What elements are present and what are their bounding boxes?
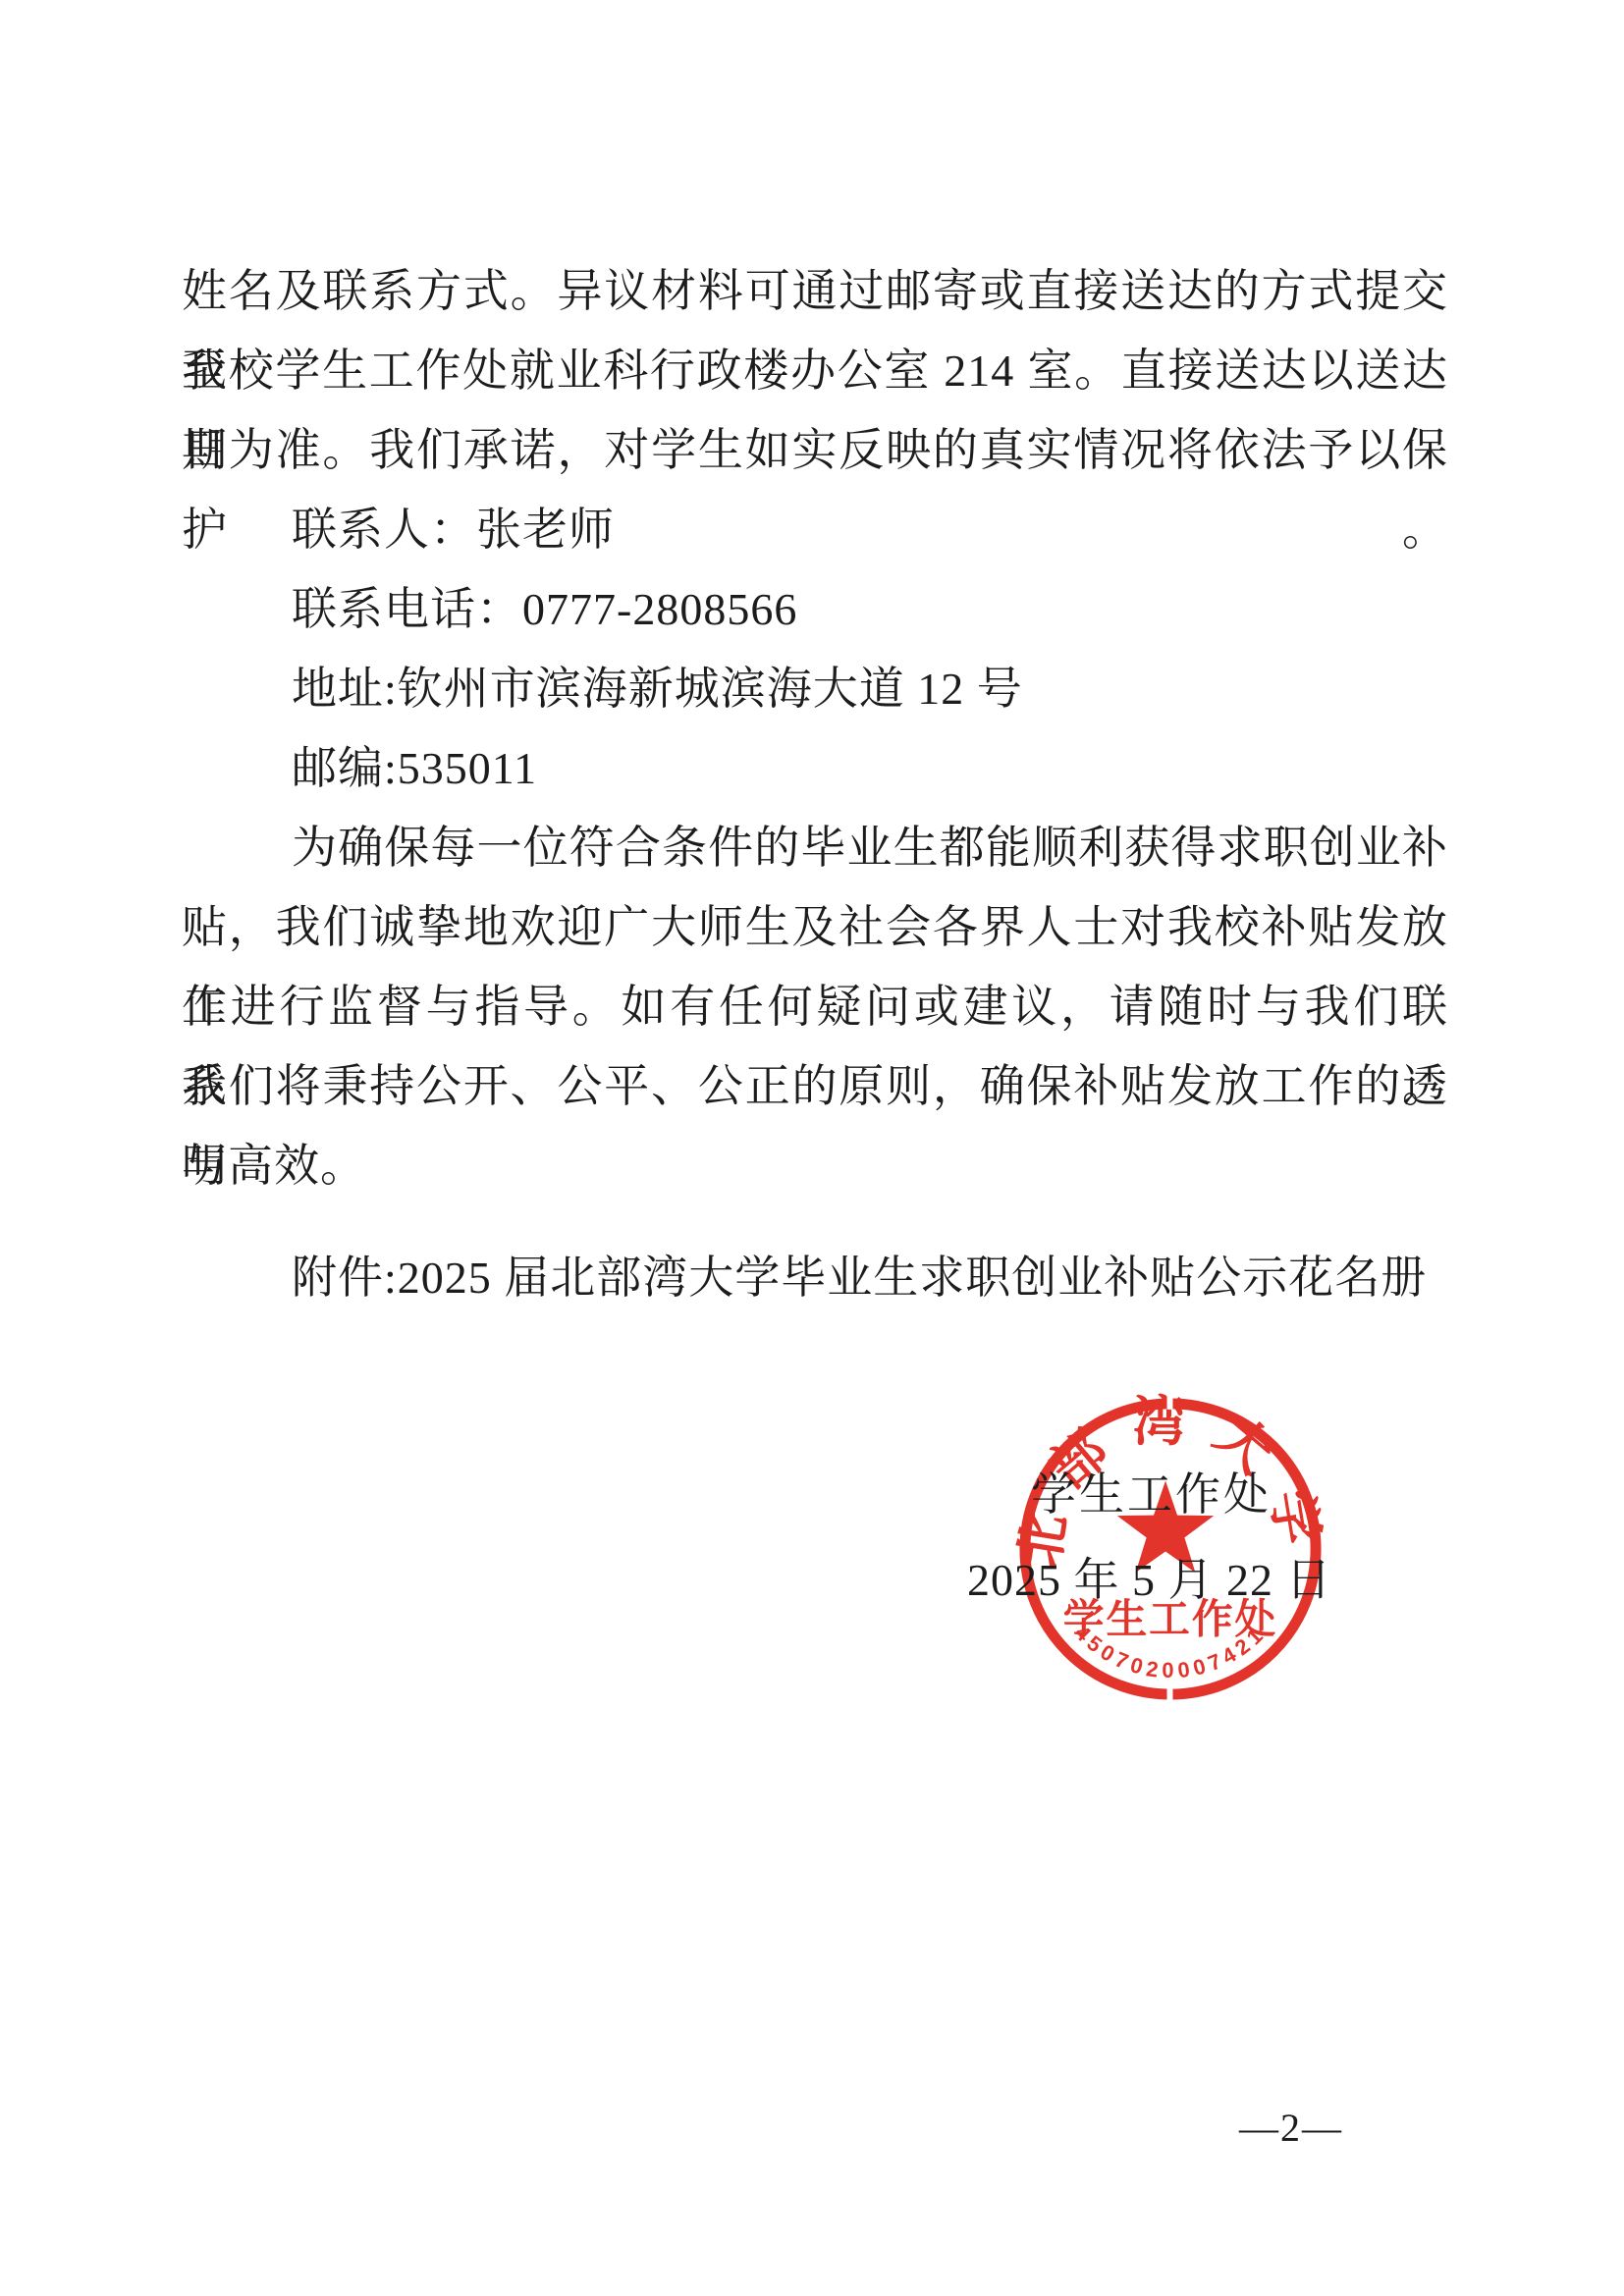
attachment-line: 附件:2025 届北部湾大学毕业生求职创业补贴公示花名册 <box>292 1249 1427 1308</box>
document-line: 贴，我们诚挚地欢迎广大师生及社会各界人士对我校补贴发放工 <box>182 887 1448 967</box>
document-line: 为确保每一位符合条件的毕业生都能顺利获得求职创业补 <box>182 808 1448 887</box>
document-line: 期为准。我们承诺，对学生如实反映的真实情况将依法予以保护。 <box>182 410 1448 490</box>
document-line: 我们将秉持公开、公平、公正的原则，确保补贴发放工作的透明 <box>182 1046 1448 1126</box>
document-line: 作进行监督与指导。如有任何疑问或建议，请随时与我们联系。 <box>182 967 1448 1046</box>
document-line: 联系电话：0777-2808566 <box>182 569 1448 649</box>
page-number: —2— <box>1239 2107 1343 2150</box>
document-line: 地址:钦州市滨海新城滨海大道 12 号 <box>182 649 1448 728</box>
document-page: 姓名及联系方式。异议材料可通过邮寄或直接送达的方式提交至我校学生工作处就业科行政… <box>0 0 1624 2296</box>
document-line: 邮编:535011 <box>182 728 1448 808</box>
official-seal: 北部湾大学 学生工作处 4507020007421 <box>1014 1393 1326 1705</box>
document-line: 姓名及联系方式。异议材料可通过邮寄或直接送达的方式提交至 <box>182 251 1448 331</box>
document-line: 我校学生工作处就业科行政楼办公室 214 室。直接送达以送达日 <box>182 331 1448 410</box>
body-text: 姓名及联系方式。异议材料可通过邮寄或直接送达的方式提交至我校学生工作处就业科行政… <box>182 251 1448 1205</box>
signature-department: 学生工作处 <box>1031 1469 1272 1521</box>
signature-date: 2025 年 5 月 22 日 <box>967 1555 1332 1606</box>
seal-top-notch <box>1167 1393 1173 1410</box>
document-line: 与高效。 <box>182 1126 1448 1205</box>
seal-bottom-notch <box>1167 1688 1173 1705</box>
